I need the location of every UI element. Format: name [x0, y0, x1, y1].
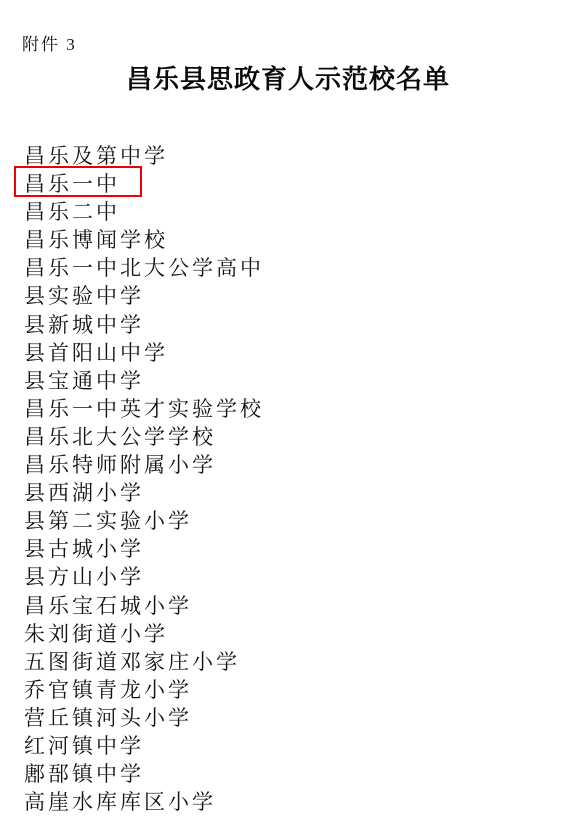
list-item: 乔官镇青龙小学 — [24, 676, 556, 704]
list-item: 朱刘街道小学 — [24, 620, 556, 648]
list-item: 红河镇中学 — [24, 732, 556, 760]
attachment-label: 附件 3 — [22, 30, 77, 55]
list-item: 县西湖小学 — [24, 479, 556, 507]
document-page: 附件 3 昌乐县思政育人示范校名单 昌乐及第中学昌乐一中昌乐二中昌乐博闻学校昌乐… — [0, 0, 576, 838]
list-item: 县实验中学 — [24, 282, 556, 310]
list-item: 昌乐一中 — [24, 170, 556, 198]
list-item: 营丘镇河头小学 — [24, 704, 556, 732]
list-item: 昌乐及第中学 — [24, 142, 556, 170]
list-item: 昌乐北大公学学校 — [24, 423, 556, 451]
list-item: 昌乐博闻学校 — [24, 226, 556, 254]
list-item: 鄌郚镇中学 — [24, 760, 556, 788]
list-item: 高崖水库库区小学 — [24, 788, 556, 816]
list-item: 县新城中学 — [24, 311, 556, 339]
list-item: 昌乐特师附属小学 — [24, 451, 556, 479]
list-item: 县宝通中学 — [24, 367, 556, 395]
list-item: 五图街道邓家庄小学 — [24, 648, 556, 676]
list-item: 县古城小学 — [24, 535, 556, 563]
school-list: 昌乐及第中学昌乐一中昌乐二中昌乐博闻学校昌乐一中北大公学高中县实验中学县新城中学… — [24, 142, 556, 816]
list-item: 昌乐一中北大公学高中 — [24, 254, 556, 282]
list-item: 县第二实验小学 — [24, 507, 556, 535]
list-item: 县方山小学 — [24, 563, 556, 591]
list-item: 昌乐宝石城小学 — [24, 592, 556, 620]
list-item: 昌乐二中 — [24, 198, 556, 226]
list-item: 昌乐一中英才实验学校 — [24, 395, 556, 423]
page-title: 昌乐县思政育人示范校名单 — [0, 59, 576, 96]
list-item: 县首阳山中学 — [24, 339, 556, 367]
